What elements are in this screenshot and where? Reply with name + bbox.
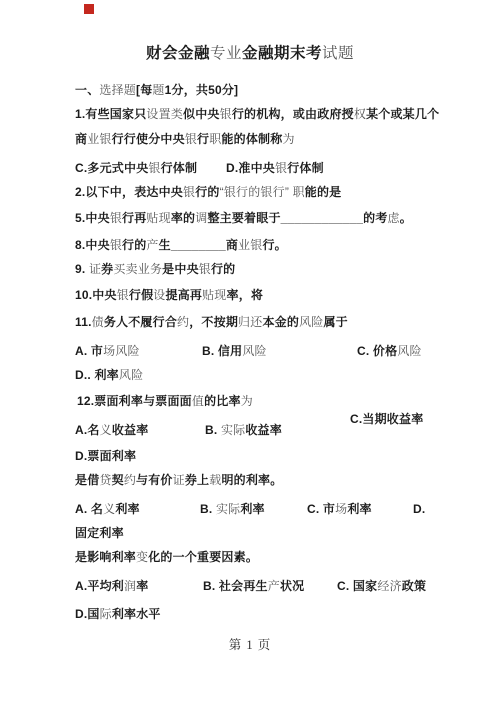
question-10-text-segment: 10.中央银行假设提高再贴现率，将 [75, 287, 263, 304]
question-13-options-segment: C. 市场利率 [307, 501, 372, 518]
question-13-option-d-cont-segment: 固定利率 [75, 525, 124, 542]
question-1-text-segment: 1.有些国家只设置类似中央银行的机构，或由政府授权某个或某几个 [75, 106, 439, 123]
question-8-text-segment: 8.中央银行的产生________商业银行。 [75, 237, 287, 254]
question-11-option-d-segment: D.. 利率风险 [75, 367, 143, 384]
exam-title-segment: 财会金融专业金融期末考试题 [146, 45, 354, 62]
question-12-option-d-segment: D.票面利率 [75, 448, 136, 465]
question-11-text-segment: 11.债务人不履行合约，不按期归还本金的风险属于 [75, 314, 348, 331]
red-square-marker [84, 4, 94, 14]
question-2-text-segment: 2.以下中，表达中央银行的“银行的银行” 职能的是 [75, 184, 341, 201]
exam-document-page: 财会金融专业金融期末考试题一、选择题[每题1分，共50分]1.有些国家只设置类似… [0, 0, 500, 707]
page-footer: 第 1 页 [0, 637, 500, 654]
question-12-options-ab-segment: A.名义收益率 [75, 422, 148, 439]
question-12-text-segment: 12.票面利率与票面面值的比率为 [77, 393, 253, 410]
question-12-options-ab-segment: B. 实际收益率 [205, 422, 282, 439]
question-1-options-cd-segment: D.准中央银行体制 [226, 160, 324, 177]
question-13-stem-segment: 是借贷契约与有价证券上载明的利率。 [75, 472, 282, 489]
question-1-text-cont-segment: 商业银行行使分中央银行职能的体制称为 [75, 131, 295, 148]
section-heading-segment: 一、选择题[每题1分，共50分] [75, 82, 238, 99]
question-14-option-d-segment: D.国际利率水平 [75, 606, 161, 623]
question-1-options-cd-segment: C.多元式中央银行体制 [75, 160, 197, 177]
question-9-text-segment: 9. 证券买卖业务是中央银行的 [75, 261, 235, 278]
question-5-text-segment: 5.中央银行再贴现率的调整主要着眼于____________的考虑。 [75, 210, 412, 227]
question-11-options-abc-segment: A. 市场风险 [75, 343, 140, 360]
page-footer-segment: 第 1 页 [229, 638, 272, 652]
question-13-options-segment: A. 名义利率 [75, 501, 140, 518]
exam-title: 财会金融专业金融期末考试题 [0, 44, 500, 64]
question-14-options-segment: A.平均利润率 [75, 578, 148, 595]
question-11-options-abc-segment: C. 价格风险 [357, 343, 422, 360]
question-13-options-segment: D. [413, 501, 425, 518]
question-14-stem-segment: 是影响利率变化的一个重要因素。 [75, 549, 258, 566]
question-13-options-segment: B. 实际利率 [200, 501, 265, 518]
question-14-options-segment: C. 国家经济政策 [337, 578, 426, 595]
question-12-option-c-segment: C.当期收益率 [350, 411, 423, 428]
question-11-options-abc-segment: B. 信用风险 [202, 343, 267, 360]
question-14-options-segment: B. 社会再生产状况 [203, 578, 304, 595]
